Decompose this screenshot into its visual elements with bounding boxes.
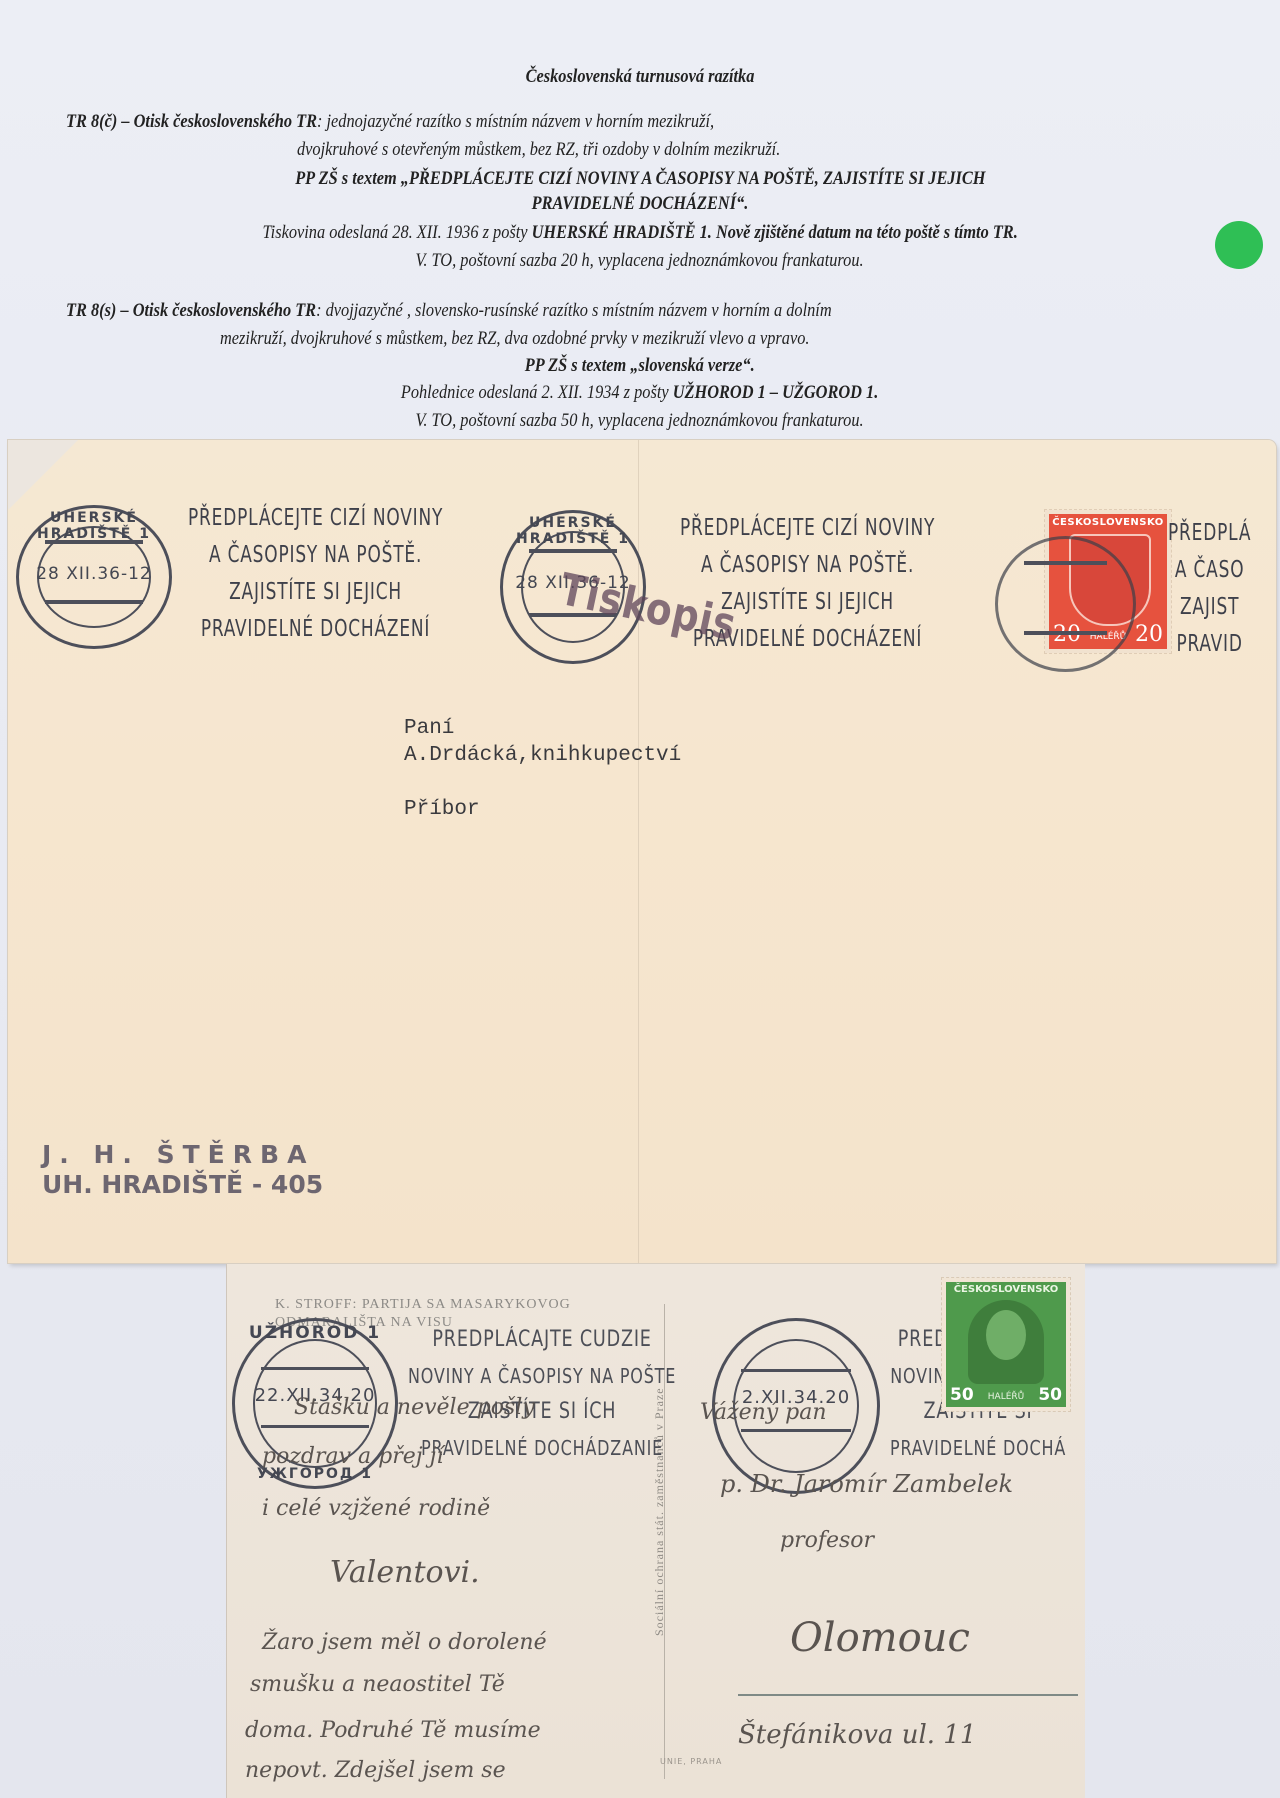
section2-code: TR 8(s) – Otisk československého TR [66,300,316,321]
slogan-cancel-3-partial: PŘEDPLÁ A ČASO ZAJIST PRAVID [1168,515,1251,663]
message-line: doma. Podruhé Tě musíme [245,1718,541,1743]
postmark-cancel-3 [995,536,1136,672]
page-title: Československá turnusová razítka [90,66,1191,88]
section1-post-office: UHERSKÉ HRADIŠTĚ 1. [531,222,711,243]
recipient-town: Olomouc [790,1615,970,1661]
postage-stamp-50h: ČESKOSLOVENSKO 50 HALÉŘŮ 50 [942,1278,1070,1411]
message-line: i celé vzjžené rodině [262,1496,490,1521]
postmark-town: UHERSKÉ HRADIŠTĚ 1 [19,510,169,542]
section1-new-date-note: Nově zjištěné datum na této poště s tímt… [712,222,1018,243]
section1-code: TR 8(č) – Otisk československého TR [66,111,317,132]
address-salutation: Paní [404,715,681,742]
recipient-line: Vážený pan [700,1400,827,1425]
postcard-slogan-1: PREDPLÁCAJTE CUDZIE NOVINY A ČASOPISY NA… [408,1322,676,1466]
mount-corner [8,440,78,510]
section2-desc-line1: : dvojjazyčné , slovensko-rusínské razít… [316,300,832,321]
section2-sent-line: Pohlednice odeslaná 2. XII. 1934 z pošty… [0,382,1280,404]
address-name: A.Drdácká,knihkupectví [404,742,681,769]
section1-sent-line: Tiskovina odeslaná 28. XII. 1936 z pošty… [0,222,1280,244]
portrait-icon [968,1300,1044,1384]
sender-address: UH. HRADIŠTĚ - 405 [42,1170,323,1200]
address-town: Příbor [404,796,681,823]
section2-desc-line2: mezikruží, dvojkruhové s můstkem, bez RZ… [220,328,809,350]
postmark-date: 28 XII.36-12 [19,564,169,584]
message-line: pozdrav a přej jí [262,1444,443,1469]
sender-name: J. H. ŠTĚRBA [42,1140,323,1170]
slogan-cancel-1: PŘEDPLÁCEJTE CIZÍ NOVINY A ČASOPISY NA P… [188,500,443,648]
recipient-line: profesor [780,1528,874,1553]
section1-rate: V. TO, poštovní sazba 20 h, vyplacena je… [0,250,1280,272]
section2-post-office: UŽHOROD 1 – UŽGOROD 1. [673,382,879,403]
address-rule [738,1694,1078,1696]
section1-pp-line2: PRAVIDELNÉ DOCHÁZENÍ“. [0,193,1280,215]
message-line: Valentovi. [330,1555,480,1590]
section1-desc-line1: : jednojazyčné razítko s místním názvem … [317,111,714,132]
postmark-cancel-1: UHERSKÉ HRADIŠTĚ 1 28 XII.36-12 [16,505,172,649]
section1-pp-line1: PP ZŠ s textem „PŘEDPLÁCEJTE CIZÍ NOVINY… [0,168,1280,190]
recipient-address: Paní A.Drdácká,knihkupectví Příbor [404,715,681,823]
sender-imprint: J. H. ŠTĚRBA UH. HRADIŠTĚ - 405 [42,1140,323,1200]
message-line: nepovt. Zdejšel jsem se [245,1758,506,1783]
message-line: Žaro jsem měl o dorolené [262,1630,547,1655]
message-line: Stašku a nevěle pošly [294,1395,535,1420]
message-line: smušku a neaostitel Tě [250,1672,505,1697]
section1-desc-line2: dvojkruhové s otevřeným můstkem, bez RZ,… [297,139,780,161]
postcard-printer: UNIE, PRAHA [660,1757,722,1766]
section1-heading: TR 8(č) – Otisk československého TR: jed… [66,111,714,133]
recipient-street: Štefánikova ul. 11 [738,1720,976,1750]
section2-rate: V. TO, poštovní sazba 50 h, vyplacena je… [0,410,1280,432]
section2-pp-line1: PP ZŠ s textem „slovenská verze“. [0,355,1280,377]
section2-heading: TR 8(s) – Otisk československého TR: dvo… [66,300,832,322]
recipient-line: p. Dr. Jaromír Zambelek [720,1470,1013,1498]
